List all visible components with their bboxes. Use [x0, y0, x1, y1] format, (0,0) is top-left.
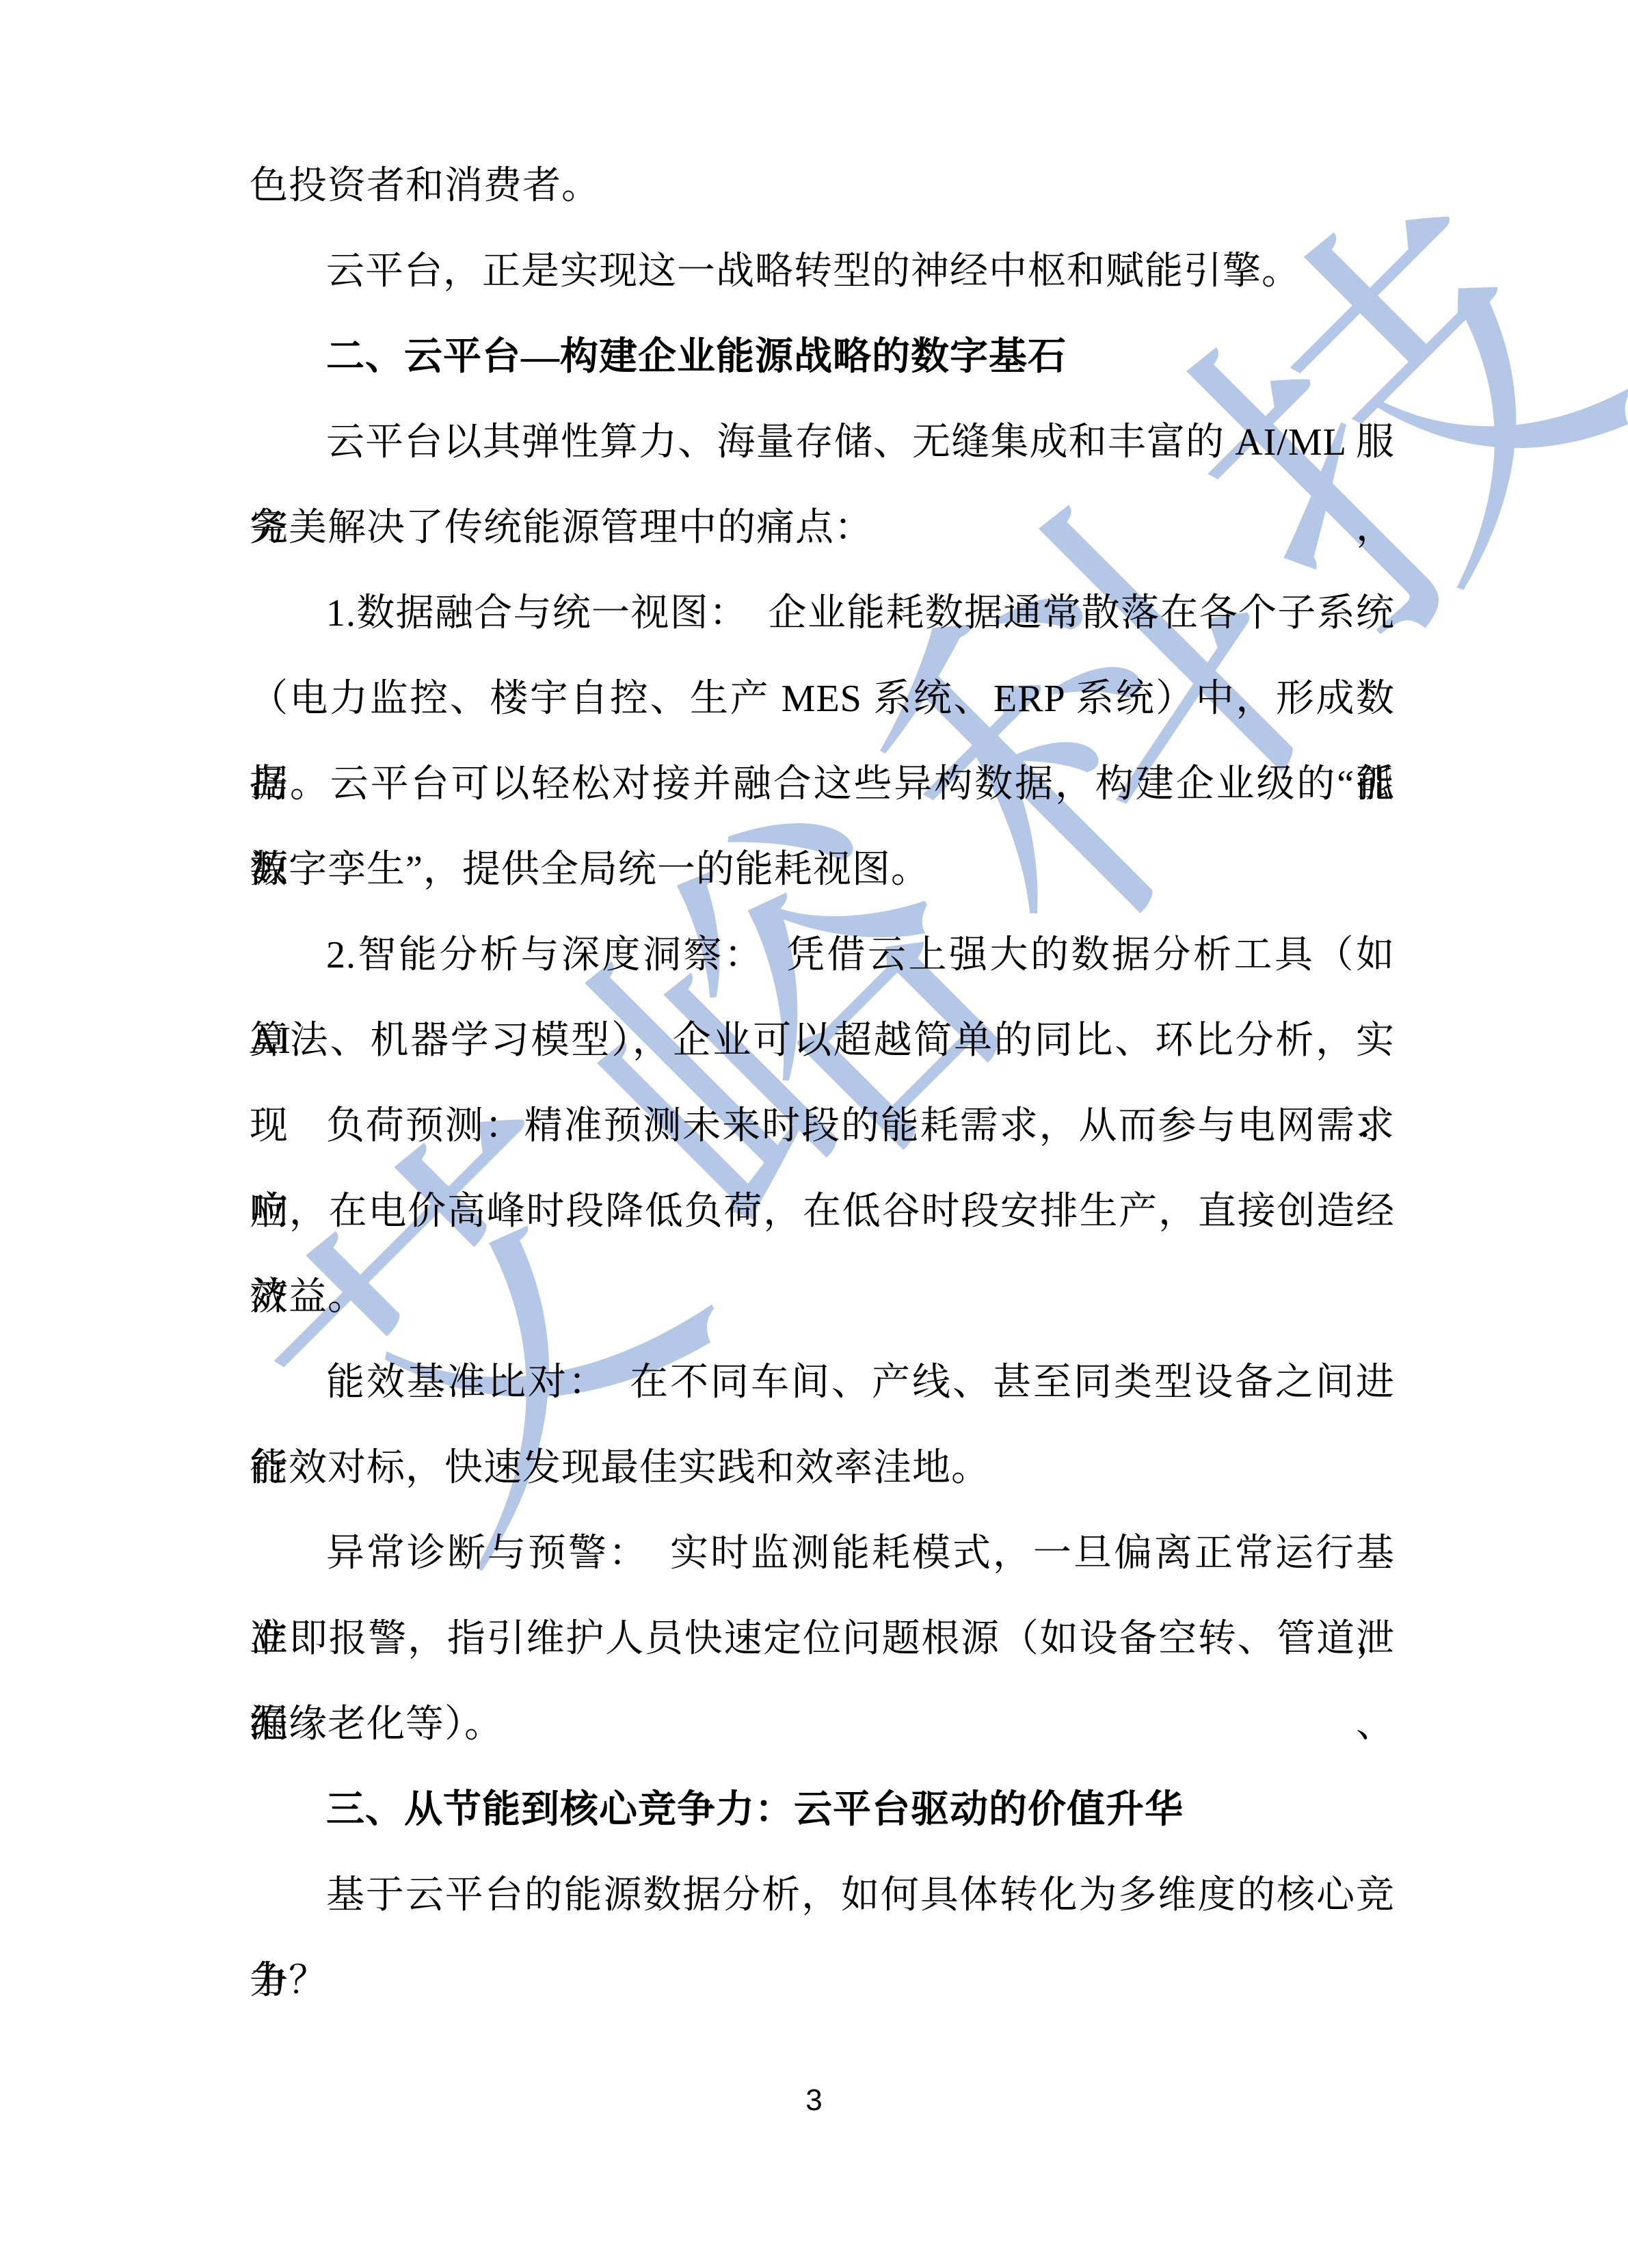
text-line: 算法、机器学习模型），企业可以超越简单的同比、环比分析，实现： — [250, 998, 1395, 1084]
text-line: 数字孪生”，提供全局统一的能耗视图。 — [250, 827, 1395, 913]
text-line: 2.智能分析与深度洞察： 凭借云上强大的数据分析工具（如 AI — [250, 913, 1395, 998]
text-line: 基于云平台的能源数据分析，如何具体转化为多维度的核心竞争 — [250, 1853, 1395, 1938]
document-body: 色投资者和消费者。云平台，正是实现这一战略转型的神经中枢和赋能引擎。二、云平台—… — [250, 144, 1395, 2024]
page-number: 3 — [0, 2079, 1628, 2122]
text-line: 力？ — [250, 1938, 1395, 2024]
text-line: 云平台，正是实现这一战略转型的神经中枢和赋能引擎。 — [250, 229, 1395, 315]
text-line: （电力监控、楼宇自控、生产 MES 系统、ERP 系统）中，形成数据孤 — [250, 656, 1395, 742]
text-line: 立即报警，指引维护人员快速定位问题根源（如设备空转、管道泄漏、 — [250, 1597, 1395, 1682]
text-line: 1.数据融合与统一视图： 企业能耗数据通常散落在各个子系统 — [250, 571, 1395, 656]
text-line: 异常诊断与预警： 实时监测能耗模式，一旦偏离正常运行基准， — [250, 1511, 1395, 1597]
text-line: 云平台以其弹性算力、海量存储、无缝集成和丰富的 AI/ML 服务， — [250, 400, 1395, 485]
text-line: 色投资者和消费者。 — [250, 144, 1395, 229]
text-line: 三、从节能到核心竞争力：云平台驱动的价值升华 — [250, 1767, 1395, 1853]
text-line: 岛。云平台可以轻松对接并融合这些异构数据，构建企业级的“能源 — [250, 742, 1395, 827]
text-line: 二、云平台—构建企业能源战略的数字基石 — [250, 315, 1395, 400]
text-line: 效益。 — [250, 1255, 1395, 1340]
document-page: 艾峪科技 色投资者和消费者。云平台，正是实现这一战略转型的神经中枢和赋能引擎。二… — [0, 0, 1628, 2268]
text-line: 能效基准比对： 在不同车间、产线、甚至同类型设备之间进行 — [250, 1340, 1395, 1426]
text-line: 应，在电价高峰时段降低负荷，在低谷时段安排生产，直接创造经济 — [250, 1169, 1395, 1255]
text-line: 负荷预测：精准预测未来时段的能耗需求，从而参与电网需求响 — [250, 1084, 1395, 1169]
text-line: 能效对标，快速发现最佳实践和效率洼地。 — [250, 1426, 1395, 1511]
